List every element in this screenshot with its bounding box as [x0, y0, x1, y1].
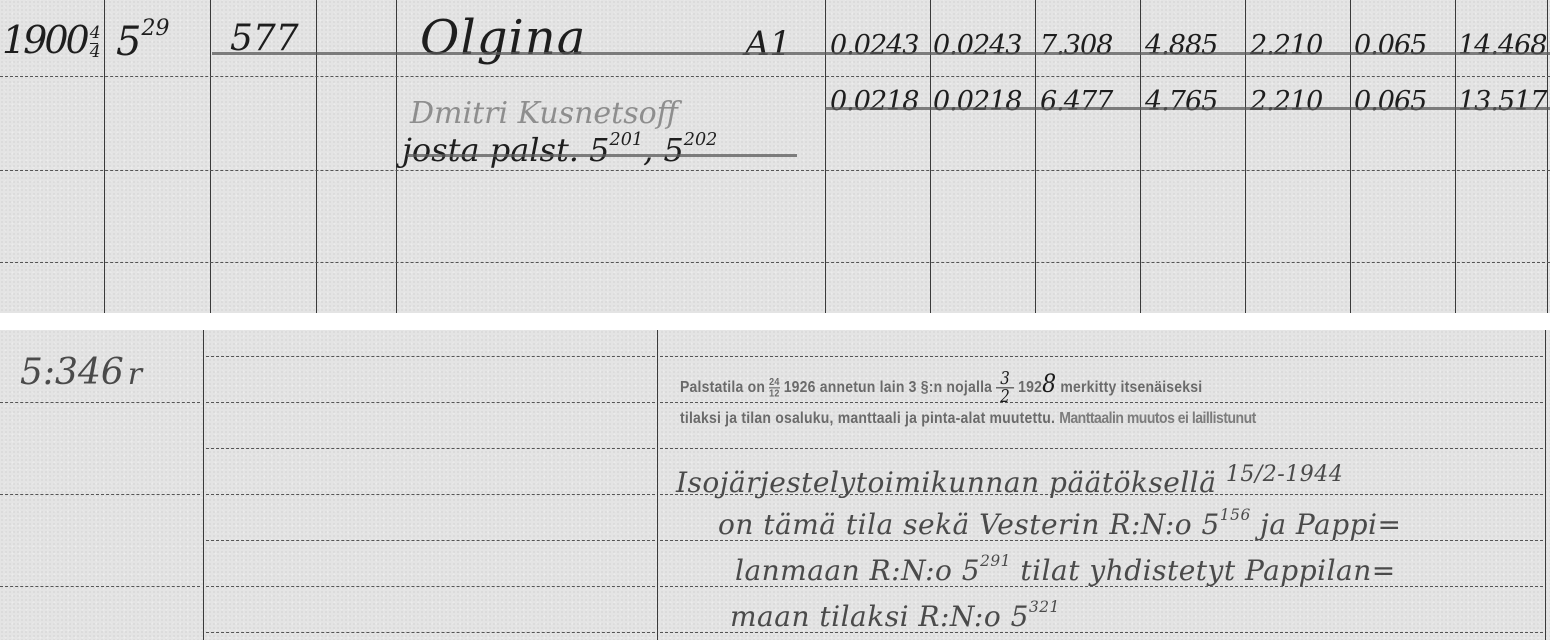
column-border	[210, 0, 211, 313]
estate-name: Olgina	[420, 10, 586, 66]
value-cell: 0.0218	[830, 86, 918, 117]
value-cell: 13.517	[1458, 86, 1546, 117]
row-divider	[206, 356, 655, 357]
stamp-date-fraction: 2412	[769, 377, 779, 399]
column-border	[396, 0, 397, 313]
column-border	[1350, 0, 1351, 313]
owner-name: Dmitri Kusnetsoff	[410, 96, 678, 131]
value-cell: 0.065	[1354, 86, 1426, 117]
column-border	[825, 0, 826, 313]
row-divider	[0, 402, 200, 403]
column-border	[203, 330, 204, 640]
handwritten-note-line-2: on tämä tila sekä Vesterin R:N:o 5156 ja…	[718, 506, 1401, 541]
column-border	[930, 0, 931, 313]
estate-mark: A1	[745, 24, 791, 64]
row-divider	[206, 586, 655, 587]
value-cell: 0.0243	[830, 30, 918, 61]
row-divider	[206, 632, 655, 633]
value-cell: 2.210	[1250, 86, 1322, 117]
row-divider	[660, 448, 1543, 449]
strike-through-line	[212, 52, 1550, 55]
value-cell: 7.308	[1040, 30, 1112, 61]
column-border	[1245, 0, 1246, 313]
register-page-bottom: 5:346r Palstatila on 2412 1926 annetun l…	[0, 330, 1550, 640]
column-border	[1547, 0, 1548, 313]
row-divider	[660, 356, 1543, 357]
row-divider	[206, 494, 655, 495]
value-cell: 2.210	[1250, 30, 1322, 61]
value-cell: 4.885	[1145, 30, 1217, 61]
row-divider	[0, 170, 1550, 171]
value-cell: 14.468	[1458, 30, 1546, 61]
row-divider	[0, 586, 200, 587]
row-divider	[206, 448, 655, 449]
column-border	[316, 0, 317, 313]
printed-stamp-line-1: Palstatila on 2412 1926 annetun lain 3 §…	[680, 370, 1202, 406]
parcel-number: 529	[116, 16, 169, 65]
handwritten-date-fraction: 32	[996, 370, 1014, 406]
column-border	[657, 330, 658, 640]
column-border	[1140, 0, 1141, 313]
row-divider	[0, 76, 1550, 77]
value-cell: 0.065	[1354, 30, 1426, 61]
parcel-id: 5:346r	[20, 352, 142, 393]
value-cell: 0.0218	[933, 86, 1021, 117]
row-divider	[0, 494, 200, 495]
handwritten-note-line-1: Isojärjestelytoimikunnan päätöksellä 15/…	[676, 462, 1343, 499]
handwritten-note-line-3: lanmaan R:N:o 5291 tilat yhdistetyt Papp…	[735, 552, 1396, 587]
handwritten-note-line-4: maan tilaksi R:N:o 5321	[730, 598, 1060, 633]
strike-through-line	[825, 107, 1550, 110]
value-cell: 4.765	[1145, 86, 1217, 117]
row-divider	[206, 540, 655, 541]
value-cell: 6.477	[1040, 86, 1112, 117]
row-divider	[206, 402, 655, 403]
value-cell: 0.0243	[933, 30, 1021, 61]
column-border	[1455, 0, 1456, 313]
register-page-top: 190044 529 577 Olgina A1 Dmitri Kusnetso…	[0, 0, 1550, 313]
printed-stamp-line-2: tilaksi ja tilan osaluku, manttaali ja p…	[680, 408, 1256, 426]
date-fraction: 44	[90, 25, 98, 62]
strike-through-line	[407, 154, 797, 157]
row-divider	[0, 262, 1550, 263]
parcel-note: josta palst. 5201, 5202	[402, 130, 717, 169]
entry-date: 190044	[2, 18, 98, 62]
column-border	[1035, 0, 1036, 313]
column-border	[104, 0, 105, 313]
column-border	[1545, 330, 1546, 640]
date-year: 1900	[2, 18, 87, 62]
